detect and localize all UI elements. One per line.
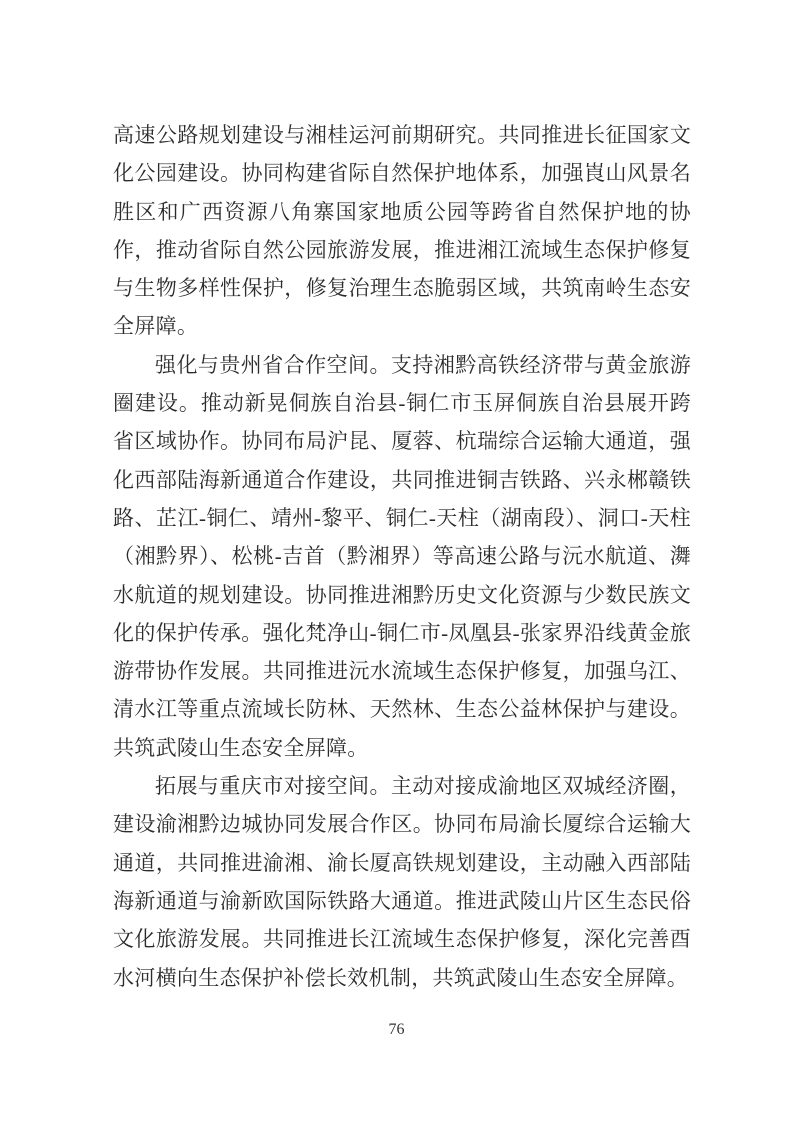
body-text: 高速公路规划建设与湘桂运河前期研究。共同推进长征国家文化公园建设。协同构建省际自… bbox=[113, 116, 691, 997]
paragraph-guizhou-cooperation: 强化与贵州省合作空间。支持湘黔高铁经济带与黄金旅游圈建设。推动新晃侗族自治县-铜… bbox=[113, 346, 691, 767]
page-number: 76 bbox=[0, 1020, 793, 1040]
paragraph-chongqing-cooperation: 拓展与重庆市对接空间。主动对接成渝地区双城经济圈，建设渝湘黔边城协同发展合作区。… bbox=[113, 767, 691, 997]
paragraph-continuation: 高速公路规划建设与湘桂运河前期研究。共同推进长征国家文化公园建设。协同构建省际自… bbox=[113, 116, 691, 346]
document-page: 高速公路规划建设与湘桂运河前期研究。共同推进长征国家文化公园建设。协同构建省际自… bbox=[0, 0, 793, 1122]
